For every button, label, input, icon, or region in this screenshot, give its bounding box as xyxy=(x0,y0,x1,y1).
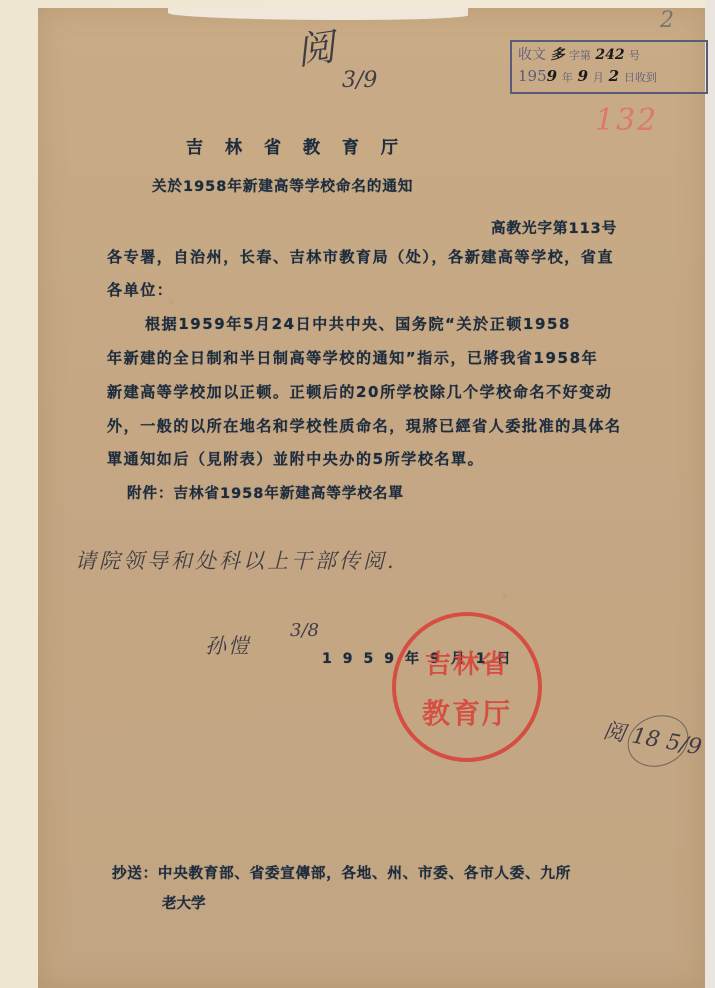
red-page-number: 132 xyxy=(595,103,658,138)
attachment-line: 附件：吉林省1958年新建高等学校名單 xyxy=(127,482,404,503)
handwritten-signature: 孙愷 xyxy=(205,630,251,660)
receipt-day-label: 日收到 xyxy=(624,71,657,84)
receipt-label: 收文 xyxy=(518,47,546,63)
document-title: 关於1958年新建高等学校命名的通知 xyxy=(152,175,413,196)
seal-text-line-1: 吉林省 xyxy=(396,644,538,681)
document-number: 高教光字第113号 xyxy=(491,217,617,238)
receipt-hao-label: 号 xyxy=(629,49,640,62)
receipt-stamp: 收文 多 字第 242 号 1959 年 9 月 2 日收到 xyxy=(510,40,708,94)
handwritten-top-right-mark: 2 xyxy=(660,8,674,33)
cc-line-2: 老大学 xyxy=(162,892,206,913)
handwritten-read-mark: 阅 xyxy=(292,16,337,76)
receipt-year-printed: 195 xyxy=(518,67,547,85)
receipt-category: 多 xyxy=(550,47,564,63)
body-line: 外，一般的以所在地名和学校性质命名，現將已經省人委批准的具体名 xyxy=(107,415,622,436)
receipt-number: 242 xyxy=(595,47,624,63)
body-line: 年新建的全日制和半日制高等学校的通知”指示，已將我省1958年 xyxy=(107,347,598,368)
receipt-stamp-row-date: 1959 年 9 月 2 日收到 xyxy=(518,67,657,85)
body-line: 單通知如后（見附表）並附中央办的5所学校名單。 xyxy=(107,448,484,469)
addressees-line-1: 各专署，自治州，长春、吉林市教育局（处），各新建高等学校，省直 xyxy=(107,246,614,267)
receipt-month-label: 月 xyxy=(593,71,604,84)
receipt-year-handwritten: 9 xyxy=(547,67,557,85)
body-line: 新建高等学校加以正顿。正顿后的20所学校除几个学校命名不好变动 xyxy=(107,381,612,402)
receipt-day: 2 xyxy=(609,67,619,85)
receipt-number-label: 字第 xyxy=(569,49,591,62)
handwritten-signature-date: 3/8 xyxy=(290,620,319,641)
addressees-line-2: 各单位： xyxy=(107,279,173,300)
issuer-heading: 吉林省教育厅 xyxy=(186,133,420,158)
seal-text-line-2: 教育厅 xyxy=(396,692,538,732)
handwritten-read-date: 3/9 xyxy=(342,68,377,93)
body-line: 根据1959年5月24日中共中央、国务院“关於正顿1958 xyxy=(145,313,571,334)
receipt-month: 9 xyxy=(578,67,588,85)
scan-margin xyxy=(705,0,715,988)
receipt-year-label: 年 xyxy=(562,71,573,84)
receipt-stamp-row-number: 收文 多 字第 242 号 xyxy=(518,44,640,64)
handwritten-circulation-note: 请院领导和处科以上干部传阅. xyxy=(75,545,397,575)
official-seal: 吉林省 教育厅 xyxy=(392,612,542,762)
cc-line-1: 抄送：中央教育部、省委宣傳部，各地、州、市委、各市人委、九所 xyxy=(112,862,571,883)
